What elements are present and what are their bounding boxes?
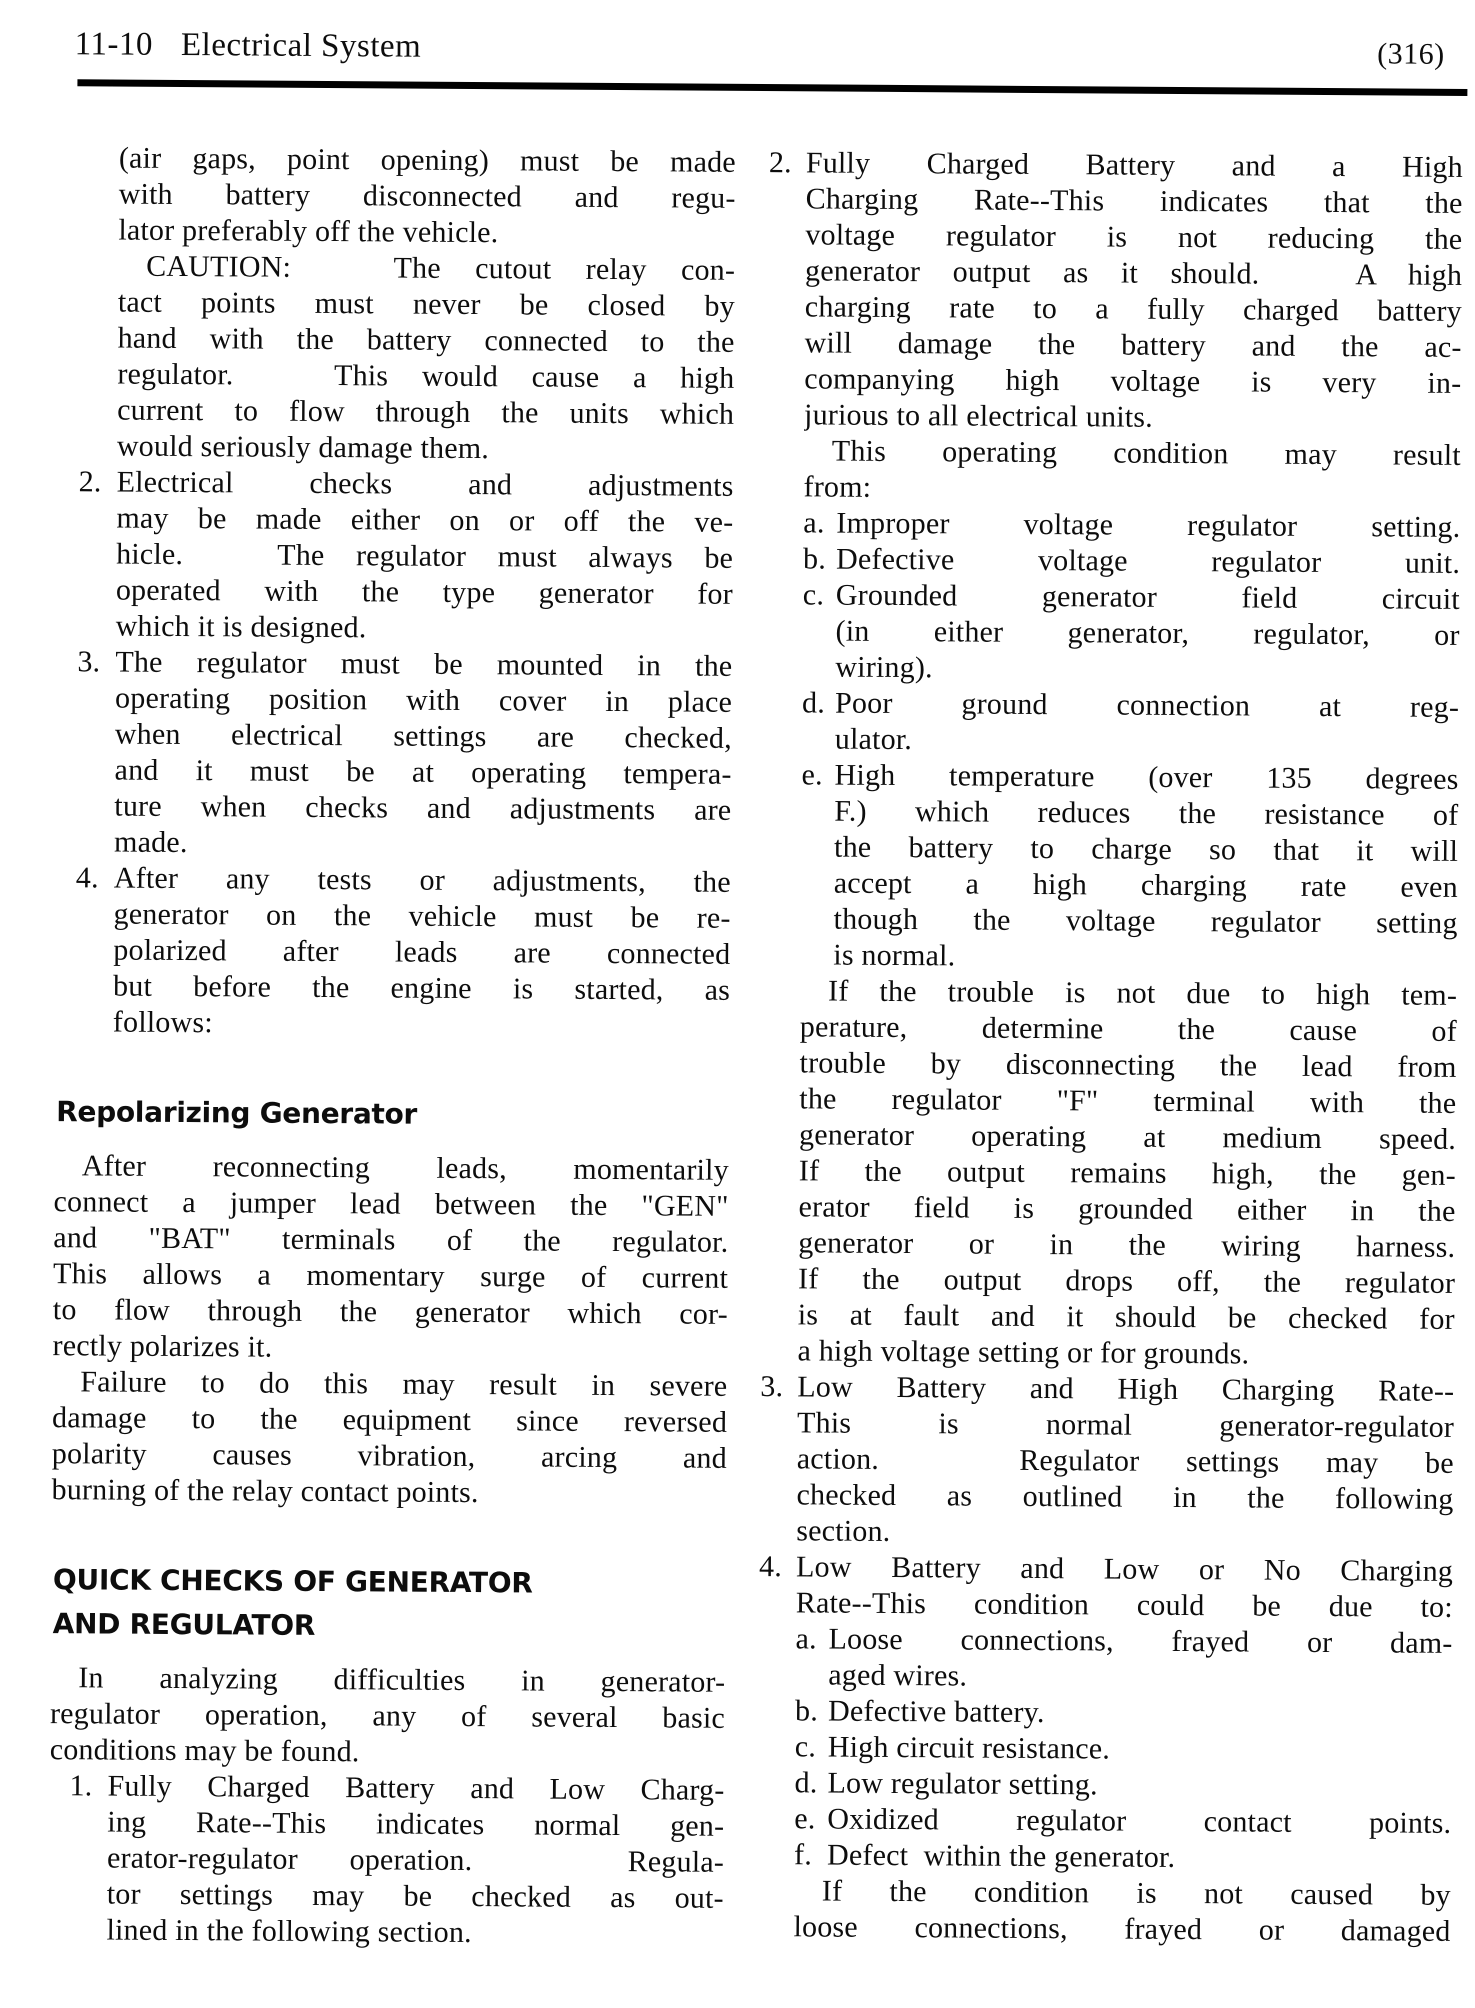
item-body: Defect within the generator.: [827, 1838, 1451, 1878]
item-body: Low regulator setting.: [827, 1766, 1451, 1806]
manual-page: 11-10 Electrical System (316) (air gaps,…: [0, 0, 1475, 2008]
item-label: a.: [803, 505, 824, 541]
text-line: checked as outlined in the following: [796, 1477, 1453, 1518]
text-line: Defect within the generator.: [827, 1838, 1451, 1878]
item-body: Electrical checks and adjustmentsmay be …: [116, 465, 734, 649]
text-line: but before the engine is started, as: [113, 969, 730, 1009]
text-line: ulator.: [835, 722, 1459, 762]
sub-item-d: d.Poor ground connection at reg-ulator.: [757, 685, 1459, 762]
text-line: rectly polarizes it.: [52, 1328, 727, 1369]
text-line: though the voltage regulator setting: [833, 902, 1457, 942]
text-line: If the condition is not caused by: [794, 1873, 1451, 1914]
item-body: Defective battery.: [828, 1694, 1452, 1734]
text-line: High temperature (over 135 degrees: [834, 758, 1458, 798]
text-line: the regulator "F" terminal with the: [799, 1081, 1456, 1122]
item-label: c.: [795, 1729, 816, 1765]
item-body: Poor ground connection at reg-ulator.: [835, 686, 1459, 762]
text-line: Improper voltage regulator setting.: [836, 506, 1460, 546]
text-line: After reconnecting leads, momentarily: [54, 1148, 729, 1189]
text-line: hand with the battery connected to the: [118, 321, 735, 361]
text-line: Low Battery and Low or No Charging: [796, 1549, 1453, 1590]
quick-checks-heading: QUICK CHECKS OF GENERATORAND REGULATOR: [53, 1558, 727, 1651]
text-line: current to flow through the units which: [117, 393, 734, 433]
item-label: 3.: [760, 1369, 783, 1405]
text-line: Electrical checks and adjustments: [117, 465, 734, 505]
sub-item-c: c.Grounded generator field circuit(in ei…: [757, 577, 1460, 690]
heading-line: Repolarizing Generator: [56, 1090, 729, 1139]
text-line: regulator operation, any of several basi…: [50, 1696, 725, 1737]
item-body: Low Battery and Low or No ChargingRate--…: [796, 1549, 1453, 1626]
list-item-3: 3.The regulator must be mounted in theop…: [56, 644, 732, 865]
item-label: 4.: [759, 1549, 782, 1585]
item-body: Improper voltage regulator setting.: [836, 506, 1460, 546]
text-line: erator field is grounded either in the: [798, 1189, 1455, 1230]
text-line: lined in the following section.: [106, 1913, 723, 1953]
paragraph: If the trouble is not due to high tem-pe…: [797, 973, 1457, 1374]
item-body: After any tests or adjustments, thegener…: [113, 861, 731, 1045]
item-label: d.: [802, 685, 825, 721]
list-item-3: 3.Low Battery and High Charging Rate--Th…: [751, 1369, 1454, 1554]
sub-item-b: b.Defective voltage regulator unit.: [758, 541, 1460, 582]
item-body: Fully Charged Battery and Low Charg-ing …: [106, 1769, 724, 1953]
text-line: which it is designed.: [116, 609, 733, 649]
text-line: lator preferably off the vehicle.: [118, 213, 735, 253]
text-line: generator on the vehicle must be re-: [113, 897, 730, 937]
heading-line: AND REGULATOR: [53, 1602, 726, 1651]
item-label: b.: [803, 541, 826, 577]
list-item-4: 4.Low Battery and Low or No ChargingRate…: [751, 1549, 1453, 1626]
text-line: follows:: [113, 1005, 730, 1045]
text-line: High circuit resistance.: [828, 1730, 1452, 1770]
text-line: ing Rate--This indicates normal gen-: [107, 1805, 724, 1845]
text-line: polarized after leads are connected: [113, 933, 730, 973]
heading-line: QUICK CHECKS OF GENERATOR: [53, 1558, 726, 1607]
item-body: Grounded generator field circuit(in eith…: [835, 578, 1460, 690]
text-line: This allows a momentary surge of current: [53, 1256, 728, 1297]
text-line: Loose connections, frayed or dam-: [828, 1622, 1452, 1662]
paragraph: After reconnecting leads, momentarilycon…: [52, 1148, 728, 1369]
text-line: jurious to all electrical units.: [804, 397, 1461, 438]
text-line: conditions may be found.: [50, 1732, 725, 1773]
list-item-4: 4.After any tests or adjustments, thegen…: [55, 860, 731, 1045]
item-label: e.: [794, 1801, 815, 1837]
item-label: f.: [794, 1837, 812, 1873]
text-line: generator or in the wiring harness.: [798, 1225, 1455, 1266]
text-line: companying high voltage is very in-: [804, 361, 1461, 402]
item-label: 1.: [69, 1768, 92, 1804]
text-line: Low Battery and High Charging Rate--: [797, 1369, 1454, 1410]
paragraph: CAUTION: The cutout relay con-tact point…: [117, 249, 735, 469]
text-line: Fully Charged Battery and a High: [806, 145, 1463, 186]
item-label: d.: [794, 1765, 817, 1801]
text-line: If the output remains high, the gen-: [799, 1153, 1456, 1194]
text-line: when electrical settings are checked,: [115, 717, 732, 757]
text-line: is normal.: [833, 938, 1457, 978]
text-line: generator operating at medium speed.: [799, 1117, 1456, 1158]
text-line: will damage the battery and the ac-: [804, 325, 1461, 366]
text-line: burning of the relay contact points.: [51, 1472, 726, 1513]
text-line: and it must be at operating tempera-: [114, 753, 731, 793]
item-body: Oxidized regulator contact points.: [827, 1802, 1451, 1842]
text-line: wiring).: [835, 650, 1459, 690]
text-line: accept a high charging rate even: [834, 866, 1458, 906]
item-label: 2.: [79, 464, 102, 500]
text-line: perature, determine the cause of: [800, 1009, 1457, 1050]
item-label: c.: [803, 577, 824, 613]
text-line: Low regulator setting.: [827, 1766, 1451, 1806]
text-line: F.) which reduces the resistance of: [834, 794, 1458, 834]
sub-item-c: c.High circuit resistance.: [750, 1729, 1452, 1770]
item-body: Defective voltage regulator unit.: [836, 542, 1460, 582]
text-line: Defective battery.: [828, 1694, 1452, 1734]
list-item-1: 1.Fully Charged Battery and Low Charg-in…: [48, 1768, 724, 1953]
page-header: 11-10 Electrical System (316): [0, 0, 1475, 73]
item-label: b.: [795, 1693, 818, 1729]
item-body: High circuit resistance.: [828, 1730, 1452, 1770]
list-item-2: 2.Fully Charged Battery and a HighChargi…: [759, 145, 1463, 438]
text-line: In analyzing difficulties in generator-: [50, 1660, 725, 1701]
text-line: operated with the type generator for: [116, 573, 733, 613]
sub-item-e: e.High temperature (over 135 degreesF.) …: [755, 757, 1458, 978]
text-line: voltage regulator is not reducing the: [805, 217, 1462, 258]
text-line: tor settings may be checked as out-: [107, 1877, 724, 1917]
header-spacer: [421, 57, 1377, 64]
text-line: polarity causes vibration, arcing and: [52, 1436, 727, 1477]
text-line: regulator. This would cause a high: [117, 357, 734, 397]
text-line: After any tests or adjustments, the: [114, 861, 731, 901]
sub-item-f: f.Defect within the generator.: [749, 1837, 1451, 1878]
left-column: (air gaps, point opening) must be madewi…: [48, 140, 736, 1953]
item-label: a.: [795, 1621, 816, 1657]
text-line: hicle. The regulator must always be: [116, 537, 733, 577]
text-line: generator output as it should. A high: [805, 253, 1462, 294]
text-line: charging rate to a fully charged battery: [805, 289, 1462, 330]
text-line: Oxidized regulator contact points.: [827, 1802, 1451, 1842]
paragraph: If the condition is not caused byloose c…: [793, 1873, 1450, 1950]
text-line: The regulator must be mounted in the: [115, 645, 732, 685]
item-label: 2.: [769, 145, 792, 181]
text-line: tact points must never be closed by: [118, 285, 735, 325]
sub-item-b: b.Defective battery.: [750, 1693, 1452, 1734]
item-body: Loose connections, frayed or dam-aged wi…: [828, 1622, 1452, 1698]
text-line: Defective voltage regulator unit.: [836, 542, 1460, 582]
text-line: may be made either on or off the ve-: [116, 501, 733, 541]
text-line: If the trouble is not due to high tem-: [800, 973, 1457, 1014]
text-line: connect a jumper lead between the "GEN": [53, 1184, 728, 1225]
text-line: (air gaps, point opening) must be made: [119, 141, 736, 181]
item-body: The regulator must be mounted in theoper…: [114, 645, 732, 865]
text-line: a high voltage setting or for grounds.: [797, 1333, 1454, 1374]
text-line: and "BAT" terminals of the regulator.: [53, 1220, 728, 1261]
sub-item-d: d.Low regulator setting.: [749, 1765, 1451, 1806]
scanned-sheet: 11-10 Electrical System (316) (air gaps,…: [0, 0, 1475, 1958]
text-line: (in either generator, regulator, or: [835, 614, 1459, 654]
text-line: is at fault and it should be checked for: [798, 1297, 1455, 1338]
text-line: erator-regulator operation. Regula-: [107, 1841, 724, 1881]
text-line: the battery to charge so that it will: [834, 830, 1458, 870]
item-label: 4.: [76, 860, 99, 896]
text-line: with battery disconnected and regu-: [119, 177, 736, 217]
text-line: aged wires.: [828, 1658, 1452, 1698]
repolarizing-generator-heading: Repolarizing Generator: [56, 1090, 729, 1139]
text-line: Charging Rate--This indicates that the: [806, 181, 1463, 222]
section-title: Electrical System: [181, 27, 422, 66]
page-number: (316): [1377, 37, 1445, 71]
text-line: This operating condition may result: [804, 433, 1461, 474]
item-label: 3.: [77, 644, 100, 680]
text-line: action. Regulator settings may be: [797, 1441, 1454, 1482]
sub-item-e: e.Oxidized regulator contact points.: [749, 1801, 1451, 1842]
text-line: Poor ground connection at reg-: [835, 686, 1459, 726]
text-line: operating position with cover in place: [115, 681, 732, 721]
item-body: Low Battery and High Charging Rate--This…: [796, 1369, 1454, 1554]
paragraph: This operating condition may resultfrom:: [803, 433, 1460, 510]
text-line: would seriously damage them.: [117, 429, 734, 469]
text-line: Grounded generator field circuit: [836, 578, 1460, 618]
text-line: CAUTION: The cutout relay con-: [118, 249, 735, 289]
text-columns: (air gaps, point opening) must be madewi…: [0, 86, 1474, 1958]
list-item-2: 2.Electrical checks and adjustmentsmay b…: [58, 464, 734, 649]
item-label: e.: [801, 757, 822, 793]
right-column: 2.Fully Charged Battery and a HighChargi…: [748, 145, 1463, 1958]
item-body: Fully Charged Battery and a HighCharging…: [804, 145, 1463, 438]
text-line: If the output drops off, the regulator: [798, 1261, 1455, 1302]
text-line: Fully Charged Battery and Low Charg-: [107, 1769, 724, 1809]
text-line: to flow through the generator which cor-: [53, 1292, 728, 1333]
text-line: ture when checks and adjustments are: [114, 789, 731, 829]
item-body: High temperature (over 135 degreesF.) wh…: [833, 758, 1458, 978]
paragraph: Failure to do this may result in severed…: [51, 1364, 727, 1513]
text-line: loose connections, frayed or damaged: [793, 1909, 1450, 1950]
text-line: This is normal generator-regulator: [797, 1405, 1454, 1446]
text-line: made.: [114, 825, 731, 865]
text-line: damage to the equipment since reversed: [52, 1400, 727, 1441]
section-number: 11-10: [75, 26, 154, 64]
paragraph: In analyzing difficulties in generator-r…: [50, 1660, 726, 1773]
sub-item-a: a.Loose connections, frayed or dam-aged …: [750, 1621, 1452, 1698]
text-line: section.: [796, 1513, 1453, 1554]
text-line: Rate--This condition could be due to:: [796, 1585, 1453, 1626]
paragraph: (air gaps, point opening) must be madewi…: [118, 141, 736, 253]
text-line: trouble by disconnecting the lead from: [799, 1045, 1456, 1086]
text-line: from:: [803, 469, 1460, 510]
sub-item-a: a.Improper voltage regulator setting.: [758, 505, 1460, 546]
text-line: Failure to do this may result in severe: [52, 1364, 727, 1405]
